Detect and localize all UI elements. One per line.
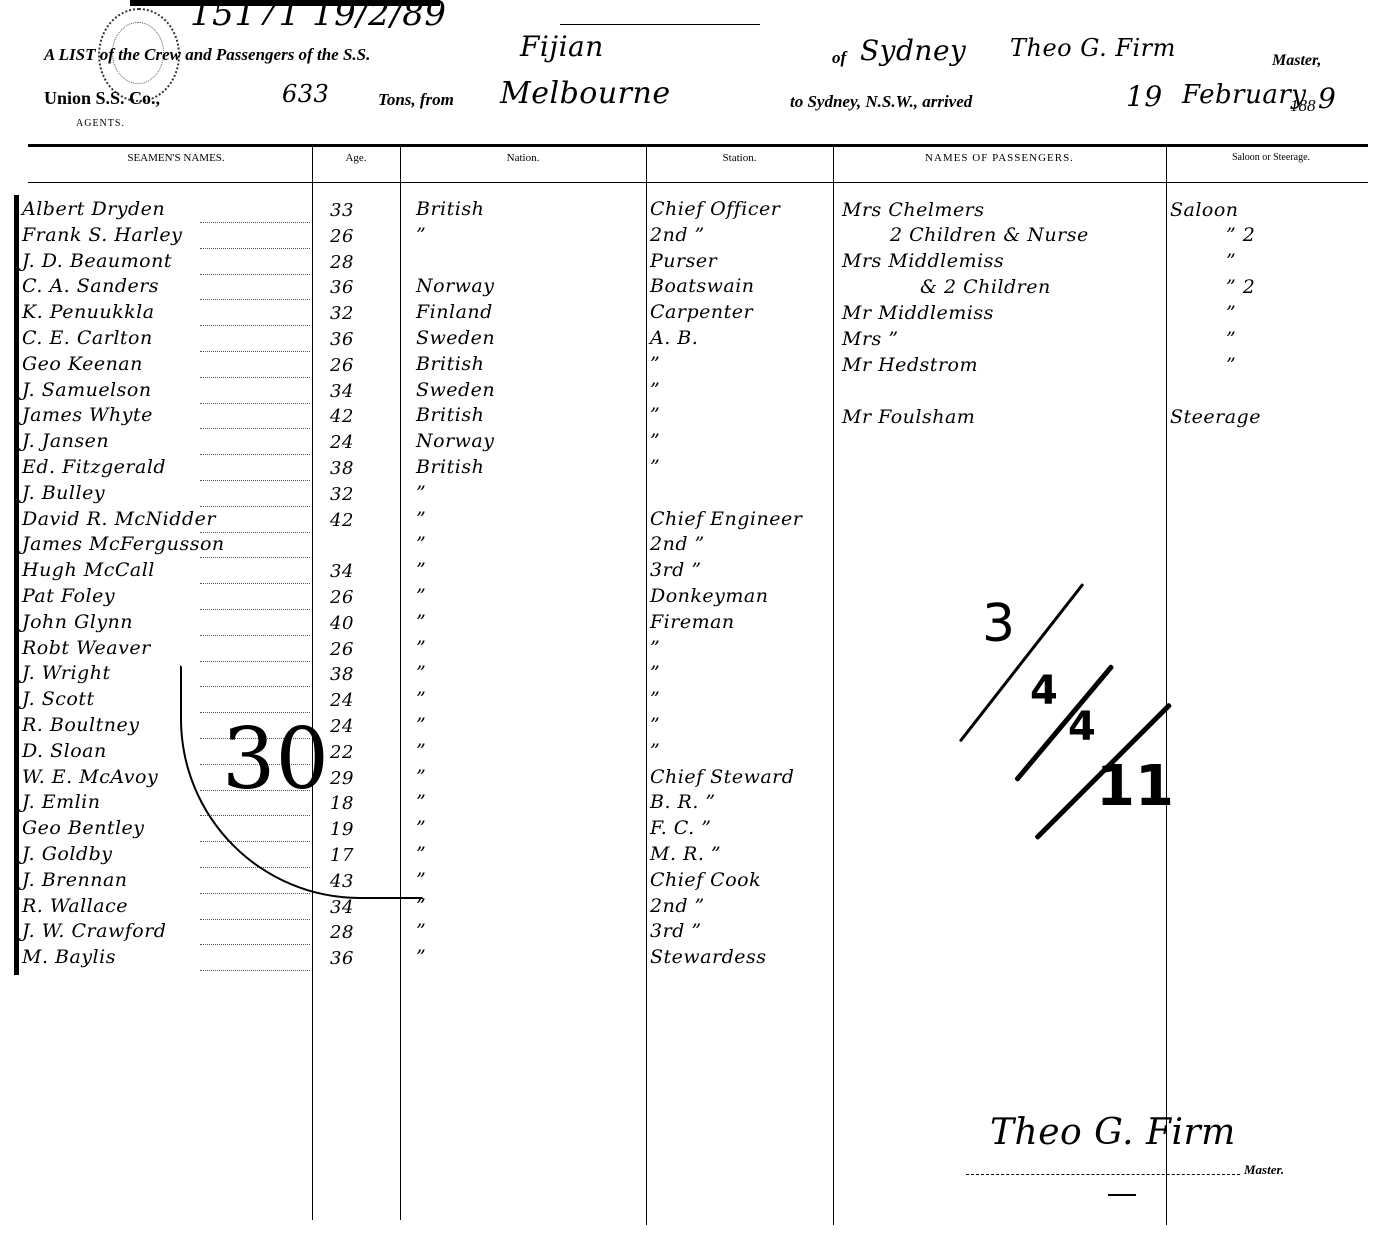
crew-name: J. W. Crawford <box>22 920 166 942</box>
crew-nation: ” <box>416 611 426 633</box>
crew-name: Ed. Fitzgerald <box>22 456 166 478</box>
crew-station: Chief Cook <box>650 869 761 891</box>
crew-row-leader <box>200 274 310 275</box>
passenger-name: Mr Middlemiss <box>842 302 994 324</box>
crew-name: J. Scott <box>22 688 95 710</box>
crew-age: 34 <box>330 381 354 402</box>
crew-nation: Sweden <box>416 327 495 349</box>
port-of-registry: Sydney <box>860 34 966 67</box>
crew-station: ” <box>650 353 660 375</box>
col-header-age: Age. <box>312 152 400 164</box>
crew-station: Chief Officer <box>650 198 780 220</box>
crew-station: ” <box>650 379 660 401</box>
passenger-name: Mrs Chelmers <box>842 199 985 221</box>
crew-name: Frank S. Harley <box>22 224 182 246</box>
crew-name: M. Baylis <box>22 946 116 968</box>
title-prefix: A LIST of the Crew and Passengers of the… <box>44 45 370 65</box>
crew-row-leader <box>200 919 310 920</box>
crew-name: K. Penuukkla <box>22 301 155 323</box>
crew-nation: ” <box>416 482 426 504</box>
col-divider-passengers <box>833 145 834 1225</box>
crew-age: 36 <box>330 277 354 298</box>
crew-station: Chief Engineer <box>650 508 802 530</box>
master-signature: Theo G. Firm <box>990 1112 1236 1153</box>
crew-nation: British <box>416 353 484 375</box>
crew-row-leader <box>200 893 310 894</box>
header-bottom-rule <box>28 182 1368 183</box>
col-divider-station <box>646 145 647 1225</box>
crew-nation: ” <box>416 533 426 555</box>
crew-station: ” <box>650 688 660 710</box>
crew-station: ” <box>650 662 660 684</box>
master-name: Theo G. Firm <box>1010 34 1176 62</box>
crew-row-leader <box>200 325 310 326</box>
crew-age: 28 <box>330 252 354 273</box>
crew-row-leader <box>200 428 310 429</box>
crew-age: 26 <box>330 226 354 247</box>
crew-station: Chief Steward <box>650 766 794 788</box>
crew-row-leader <box>200 661 310 662</box>
crew-row-leader <box>200 222 310 223</box>
arrival-day: 19 <box>1126 80 1163 113</box>
crew-station: Boatswain <box>650 275 755 297</box>
crew-nation: British <box>416 456 484 478</box>
crew-nation: ” <box>416 637 426 659</box>
crew-row-leader <box>200 635 310 636</box>
crew-station: ” <box>650 637 660 659</box>
crew-station: 3rd ” <box>650 559 702 581</box>
crew-row-leader <box>200 970 310 971</box>
passenger-name: Mrs Middlemiss <box>842 250 1004 272</box>
crew-age: 28 <box>330 922 354 943</box>
crew-station: 2nd ” <box>650 224 705 246</box>
crew-name: James McFergusson <box>22 533 225 555</box>
crew-nation: Finland <box>416 301 493 323</box>
passenger-name: Mr Hedstrom <box>842 354 978 376</box>
col-header-nation: Nation. <box>400 152 646 164</box>
crew-row-leader <box>200 299 310 300</box>
passenger-name: Mr Foulsham <box>842 406 975 428</box>
crew-name: J. Goldby <box>22 843 112 865</box>
crew-name: Hugh McCall <box>22 559 155 581</box>
crew-row-leader <box>200 583 310 584</box>
crew-station: 2nd ” <box>650 895 705 917</box>
crew-name: J. Emlin <box>22 791 101 813</box>
crew-row-leader <box>200 506 310 507</box>
crew-station: Stewardess <box>650 946 766 968</box>
crew-name: Geo Bentley <box>22 817 145 839</box>
col-header-saloon-steerage: Saloon or Steerage. <box>1166 152 1376 163</box>
crew-station: A. B. <box>650 327 698 349</box>
crew-age: 24 <box>330 432 354 453</box>
table-top-rule <box>28 144 1368 147</box>
ship-name: Fijian <box>520 30 604 63</box>
crew-nation: ” <box>416 559 426 581</box>
crew-name: C. A. Sanders <box>22 275 159 297</box>
crew-station: B. R. ” <box>650 791 716 813</box>
passenger-class: ” <box>1226 250 1236 272</box>
destination-label: to Sydney, N.S.W., arrived <box>790 92 972 112</box>
col-divider-class <box>1166 145 1167 1225</box>
crew-name: D. Sloan <box>22 740 107 762</box>
crew-name: R. Boultney <box>22 714 139 736</box>
crew-age: 36 <box>330 329 354 350</box>
crew-row-leader <box>200 480 310 481</box>
crew-age: 40 <box>330 613 354 634</box>
arrival-year-handwritten: 9 <box>1318 82 1336 115</box>
crew-station: ” <box>650 714 660 736</box>
crew-station: F. C. ” <box>650 817 711 839</box>
crew-station: M. R. ” <box>650 843 721 865</box>
passenger-class: Steerage <box>1170 406 1261 428</box>
crew-nation: Sweden <box>416 379 495 401</box>
crew-age: 26 <box>330 355 354 376</box>
tally-3: 3 <box>982 594 1015 654</box>
signature-mark <box>1108 1194 1136 1196</box>
crew-station: Fireman <box>650 611 735 633</box>
title-rule <box>560 24 760 25</box>
crew-name: Pat Foley <box>22 585 115 607</box>
col-header-passenger-names: NAMES OF PASSENGERS. <box>833 152 1166 164</box>
passenger-class: ” <box>1226 354 1236 376</box>
crew-name: James Whyte <box>22 404 153 426</box>
crew-nation: British <box>416 404 484 426</box>
crew-age: 34 <box>330 897 354 918</box>
crew-name: Albert Dryden <box>22 198 165 220</box>
crew-nation: Norway <box>416 275 494 297</box>
passenger-class: ” <box>1226 328 1236 350</box>
crew-name: J. D. Beaumont <box>22 250 172 272</box>
arrival-month: February <box>1182 80 1306 110</box>
crew-age: 42 <box>330 510 354 531</box>
crew-age: 32 <box>330 484 354 505</box>
crew-age: 26 <box>330 639 354 660</box>
crew-station: Carpenter <box>650 301 753 323</box>
crew-nation: Norway <box>416 430 494 452</box>
crew-name: Geo Keenan <box>22 353 143 375</box>
agents-company: Union S.S. Co., <box>44 88 160 109</box>
crew-station: 3rd ” <box>650 920 702 942</box>
passenger-class: ” 2 <box>1226 276 1255 298</box>
crew-station: ” <box>650 740 660 762</box>
crew-station: Donkeyman <box>650 585 768 607</box>
crew-nation: ” <box>416 946 426 968</box>
signature-line <box>966 1173 1240 1175</box>
passenger-name: & 2 Children <box>920 276 1051 298</box>
agents-label: AGENTS. <box>76 118 125 129</box>
crew-station: 2nd ” <box>650 533 705 555</box>
crew-station: ” <box>650 404 660 426</box>
crew-name: J. Wright <box>22 662 111 684</box>
crew-nation: ” <box>416 508 426 530</box>
passenger-class: ” 2 <box>1226 224 1255 246</box>
crew-name: J. Brennan <box>22 869 128 891</box>
crew-row-leader <box>200 609 310 610</box>
passenger-name: Mrs ” <box>842 328 899 350</box>
crew-age: 32 <box>330 303 354 324</box>
signature-master-label: Master. <box>1244 1162 1284 1178</box>
arrival-year-printed: 188 <box>1290 96 1316 116</box>
passenger-class: Saloon <box>1170 199 1239 221</box>
of-label: of <box>832 48 846 68</box>
crew-row-leader <box>200 403 310 404</box>
binding-edge <box>14 195 19 975</box>
crew-station: ” <box>650 430 660 452</box>
crew-name: C. E. Carlton <box>22 327 153 349</box>
master-label: Master, <box>1272 52 1321 70</box>
crew-nation: ” <box>416 224 426 246</box>
crew-row-leader <box>200 944 310 945</box>
crew-row-leader <box>200 377 310 378</box>
crew-row-leader <box>200 248 310 249</box>
reference-annotation: 15171 19/2/89 <box>190 0 447 34</box>
tally-4a: 4 <box>1030 668 1058 714</box>
crew-name: J. Bulley <box>22 482 105 504</box>
tons-from-label: Tons, from <box>378 90 454 110</box>
crew-name: R. Wallace <box>22 895 128 917</box>
col-header-seamen-names: SEAMEN'S NAMES. <box>40 152 312 164</box>
bracket-curve <box>180 665 424 899</box>
crew-name: W. E. McAvoy <box>22 766 158 788</box>
crew-nation: ” <box>416 585 426 607</box>
crew-station: ” <box>650 456 660 478</box>
crew-age: 33 <box>330 200 354 221</box>
col-header-station: Station. <box>646 152 833 164</box>
crew-row-leader <box>200 454 310 455</box>
crew-row-leader <box>200 557 310 558</box>
crew-name: J. Jansen <box>22 430 109 452</box>
crew-age: 26 <box>330 587 354 608</box>
crew-row-leader <box>200 351 310 352</box>
passenger-name: 2 Children & Nurse <box>890 224 1089 246</box>
crew-name: John Glynn <box>22 611 133 633</box>
crew-age: 36 <box>330 948 354 969</box>
crew-nation: British <box>416 198 484 220</box>
passenger-class: ” <box>1226 302 1236 324</box>
tonnage: 633 <box>282 80 329 108</box>
crew-name: David R. McNidder <box>22 508 216 530</box>
crew-name: J. Samuelson <box>22 379 152 401</box>
crew-nation: ” <box>416 920 426 942</box>
crew-name: Robt Weaver <box>22 637 151 659</box>
origin-port: Melbourne <box>500 76 671 111</box>
crew-age: 42 <box>330 406 354 427</box>
crew-station: Purser <box>650 250 717 272</box>
crew-age: 38 <box>330 458 354 479</box>
crew-age: 34 <box>330 561 354 582</box>
